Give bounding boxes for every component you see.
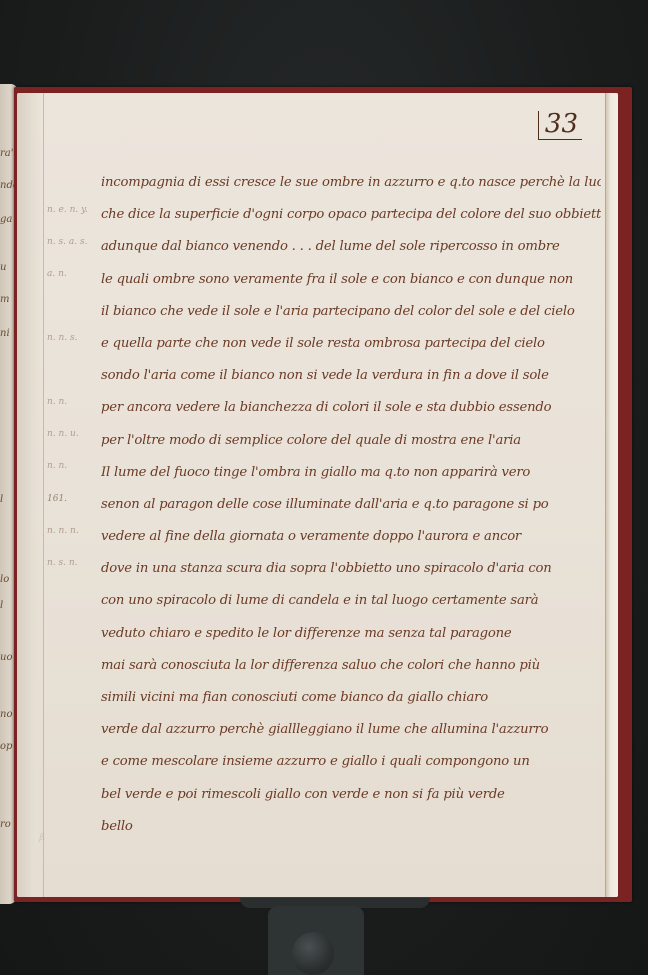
page-fore-edge	[605, 93, 618, 897]
manuscript-text: incompagnia di essi cresce le sue ombre …	[101, 167, 601, 843]
margin-note: n. n.	[47, 397, 67, 407]
text-line: veduto chiaro e spedito le lor differenz…	[101, 618, 601, 650]
text-line: verde dal azzurro perchè giallleggiano i…	[101, 714, 601, 746]
left-page-fragment: m	[0, 294, 9, 305]
left-page-fragment: u	[0, 262, 6, 273]
left-page-fragment: uo	[0, 652, 12, 663]
clamp-knob	[292, 932, 334, 975]
left-page-fragment: op	[0, 741, 12, 752]
margin-note: n. n. n.	[47, 526, 79, 536]
text-line: e quella parte che non vede il sole rest…	[101, 328, 601, 360]
margin-note: n. n. s.	[47, 333, 78, 343]
folio-number: 33	[538, 111, 582, 140]
text-line: dove in una stanza scura dia sopra l'obb…	[101, 553, 601, 585]
text-line: che dice la superficie d'ogni corpo opac…	[101, 199, 601, 231]
text-line: sondo l'aria come il bianco non si vede …	[101, 360, 601, 392]
text-line: bel verde e poi rimescoli giallo con ver…	[101, 779, 601, 811]
left-page-fragment: l	[0, 494, 3, 505]
text-line: per ancora vedere la bianchezza di color…	[101, 392, 601, 424]
text-line: mai sarà conosciuta la lor differenza sa…	[101, 650, 601, 682]
margin-note: n. e. n. y.	[47, 205, 88, 215]
margin-note: a. n.	[47, 269, 67, 279]
margin-note: n. s. a. s.	[47, 237, 87, 247]
margin-note: n. n. u.	[47, 429, 79, 439]
text-line: adunque dal bianco venendo . . . del lum…	[101, 231, 601, 263]
page-gutter	[17, 93, 44, 897]
text-line: simili vicini ma fian conosciuti come bi…	[101, 682, 601, 714]
text-line: vedere al fine della giornata o verament…	[101, 521, 601, 553]
left-page-fragment: no	[0, 709, 12, 720]
ink-bleed-mark: ß	[39, 833, 45, 843]
text-line: bello	[101, 811, 601, 843]
margin-note: n. n.	[47, 461, 67, 471]
text-line: e come mescolare insieme azzurro e giall…	[101, 746, 601, 778]
manuscript-page: 33 n. e. n. y. n. s. a. s. a. n. n. n. s…	[17, 93, 618, 897]
left-page-fragment: ro	[0, 819, 11, 830]
margin-note: n. s. n.	[47, 558, 78, 568]
text-line: incompagnia di essi cresce le sue ombre …	[101, 167, 601, 199]
book-clamp	[240, 898, 430, 975]
left-page-fragment: ra'	[0, 148, 14, 159]
left-page-fragment: lo	[0, 574, 9, 585]
text-line: il bianco che vede il sole e l'aria part…	[101, 296, 601, 328]
left-page-fragment: ni	[0, 328, 10, 339]
left-page-fragment: l	[0, 600, 3, 611]
left-page-fragment: ga	[0, 214, 12, 225]
text-line: con uno spiracolo di lume di candela e i…	[101, 585, 601, 617]
margin-note: 161.	[47, 494, 67, 504]
text-line: le quali ombre sono veramente fra il sol…	[101, 264, 601, 296]
text-line: senon al paragon delle cose illuminate d…	[101, 489, 601, 521]
text-line: per l'oltre modo di semplice colore del …	[101, 425, 601, 457]
text-line: Il lume del fuoco tinge l'ombra in giall…	[101, 457, 601, 489]
